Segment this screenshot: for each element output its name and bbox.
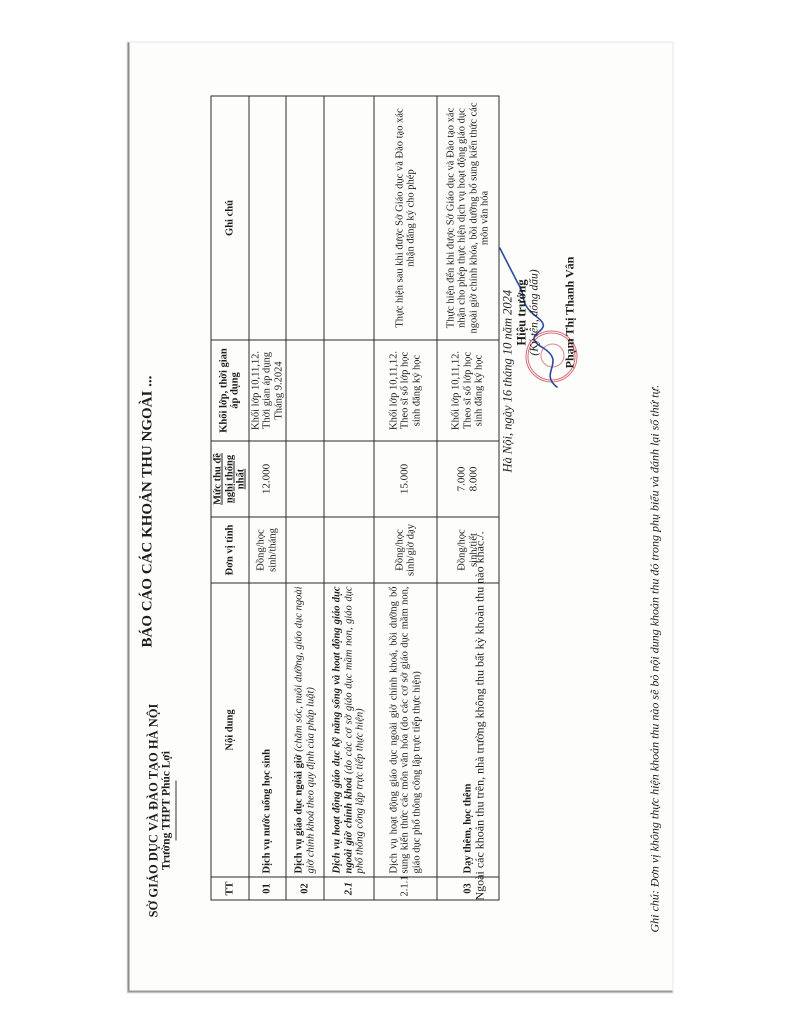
row-note — [324, 96, 374, 340]
report-title: BÁO CÁO CÁC KHOẢN THU NGOÀI ... — [140, 318, 157, 648]
col-header-rate: Mức thu đề nghị thống nhất — [211, 441, 249, 517]
col-header-unit: Đơn vị tính — [211, 517, 249, 583]
signer-hint: (Ký tên, đóng dấu) — [529, 193, 542, 433]
school-underline — [176, 781, 177, 841]
row-unit — [286, 517, 324, 583]
row-scope: Khối lớp 10,11,12. Theo sĩ số lớp học si… — [437, 340, 499, 441]
row-note: Thực hiện sau khi được Sở Giáo dục và Đà… — [374, 96, 437, 340]
col-header-tt: TT — [211, 877, 249, 900]
footnote: Ghi chú: Đơn vị không thực hiện khoản th… — [648, 385, 663, 933]
row-note: Thực hiện đến khi được Sở Giáo dục và Đà… — [437, 96, 499, 340]
no-other-fees-statement: Ngoài các khoản thu trên, nhà trường khô… — [473, 531, 488, 900]
row-unit: Đồng/học sinh/giờ dạy — [374, 517, 437, 583]
fee-table: TT Nội dung Đơn vị tính Mức thu đề nghị … — [211, 96, 500, 901]
row-tt: 03 — [437, 877, 499, 900]
table-row: 02 Dịch vụ giáo dục ngoài giờ (chăm sóc,… — [286, 96, 324, 900]
table-row: 2.1 Dịch vụ hoạt động giáo dục kỹ năng s… — [324, 96, 374, 900]
row-scope — [324, 340, 374, 441]
row-content-title: Dịch vụ giáo dục ngoài giờ — [294, 754, 305, 873]
row-unit — [324, 517, 374, 583]
row-scope: Khối lớp 10,11,12. Theo sĩ số lớp học si… — [374, 340, 437, 441]
col-header-content: Nội dung — [211, 583, 249, 877]
signer-role: Hiệu trưởng — [516, 193, 529, 433]
row-rate: 15.000 — [374, 441, 437, 517]
row-rate: 7.000 8.000 — [437, 441, 499, 517]
scanned-document-page: SỞ GIÁO DỤC VÀ ĐÀO TẠO HÀ NỘI Trường THP… — [128, 43, 673, 993]
issuer-block: SỞ GIÁO DỤC VÀ ĐÀO TẠO HÀ NỘI Trường THP… — [148, 691, 177, 931]
row-tt: 2.1 — [324, 877, 374, 900]
row-scope: Khối lớp 10,11,12. Thời gian áp dụng Thá… — [249, 340, 287, 441]
row-rate — [324, 441, 374, 517]
col-header-scope: Khối lớp, thời gian áp dụng — [211, 340, 249, 441]
table-row: 03 Dạy thêm, học thêm Đồng/học sinh/tiết… — [437, 96, 499, 900]
row-tt: 2.1.1 — [374, 877, 437, 900]
school-name: Trường THPT Phúc Lợi — [161, 691, 174, 931]
table-row: 2.1.1 Dịch vụ hoạt động giáo dục ngoài g… — [374, 96, 437, 900]
row-rate — [286, 441, 324, 517]
col-header-note: Ghi chú — [211, 96, 249, 340]
row-unit: Đồng/học sinh/tiết — [437, 517, 499, 583]
row-scope — [286, 340, 324, 441]
row-content: Dịch vụ hoạt động giáo dục ngoài giờ chí… — [374, 583, 437, 877]
signer-name: Phạm Thị Thanh Vân — [564, 193, 577, 433]
row-tt: 01 — [249, 877, 287, 900]
row-content: Dịch vụ nước uống học sinh — [249, 583, 287, 877]
row-note — [286, 96, 324, 340]
row-content: Dịch vụ giáo dục ngoài giờ (chăm sóc, nu… — [286, 583, 324, 877]
department-name: SỞ GIÁO DỤC VÀ ĐÀO TẠO HÀ NỘI — [148, 691, 161, 931]
row-rate-value-2: 8.000 — [468, 445, 480, 514]
row-rate-value-1: 7.000 — [457, 445, 469, 514]
table-header-row: TT Nội dung Đơn vị tính Mức thu đề nghị … — [211, 96, 249, 900]
row-content: Dịch vụ hoạt động giáo dục kỹ năng sống … — [324, 583, 374, 877]
table-row: 01 Dịch vụ nước uống học sinh Đồng/học s… — [249, 96, 287, 900]
signature-block: Hiệu trưởng (Ký tên, đóng dấu) Phạm Thị … — [516, 193, 577, 433]
row-note — [249, 96, 287, 340]
row-rate: 12.000 — [249, 441, 287, 517]
row-unit: Đồng/học sinh/tháng — [249, 517, 287, 583]
row-tt: 02 — [286, 877, 324, 900]
row-content: Dạy thêm, học thêm — [437, 583, 499, 877]
